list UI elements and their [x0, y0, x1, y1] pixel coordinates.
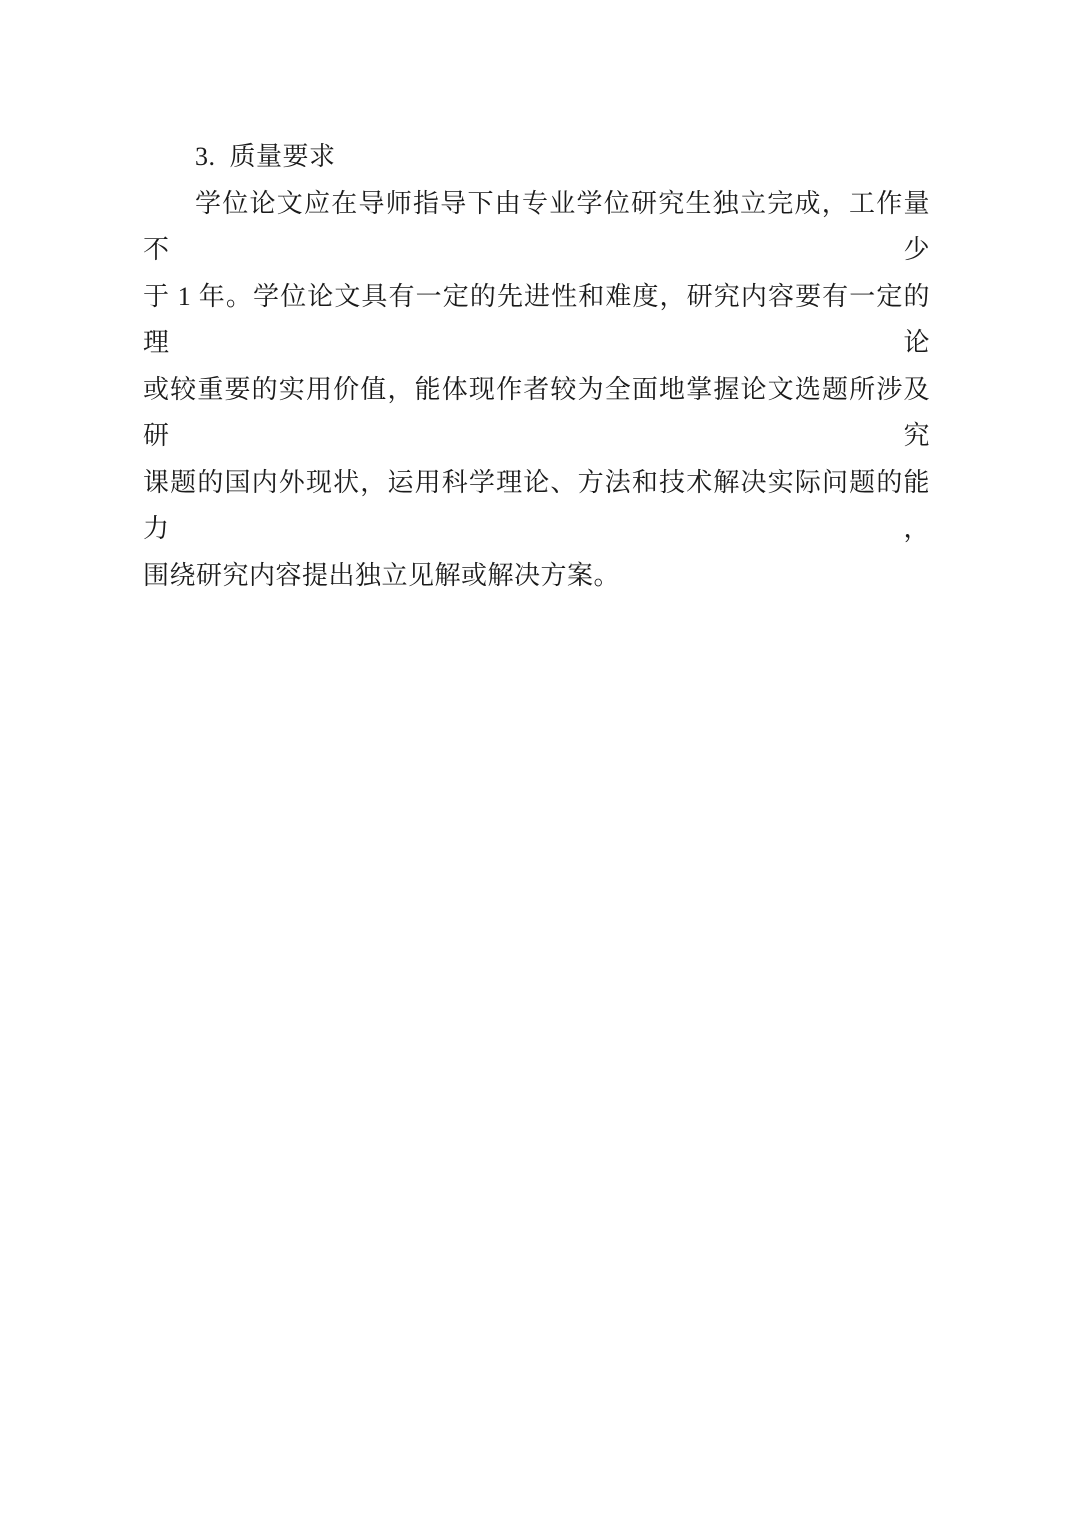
section-heading: 3. 质量要求 — [143, 134, 930, 181]
document-page: 3. 质量要求 学位论文应在导师指导下由专业学位研究生独立完成，工作量不少 于 … — [0, 0, 1074, 1520]
body-paragraph: 学位论文应在导师指导下由专业学位研究生独立完成，工作量不少 于 1 年。学位论文… — [143, 181, 930, 600]
paragraph-line: 围绕研究内容提出独立见解或解决方案。 — [143, 553, 930, 600]
page-content: 3. 质量要求 学位论文应在导师指导下由专业学位研究生独立完成，工作量不少 于 … — [143, 134, 930, 599]
paragraph-line: 学位论文应在导师指导下由专业学位研究生独立完成，工作量不少 — [143, 181, 930, 274]
paragraph-line: 课题的国内外现状，运用科学理论、方法和技术解决实际问题的能力， — [143, 460, 930, 553]
paragraph-line: 于 1 年。学位论文具有一定的先进性和难度，研究内容要有一定的理论 — [143, 274, 930, 367]
paragraph-line: 或较重要的实用价值，能体现作者较为全面地掌握论文选题所涉及研究 — [143, 367, 930, 460]
